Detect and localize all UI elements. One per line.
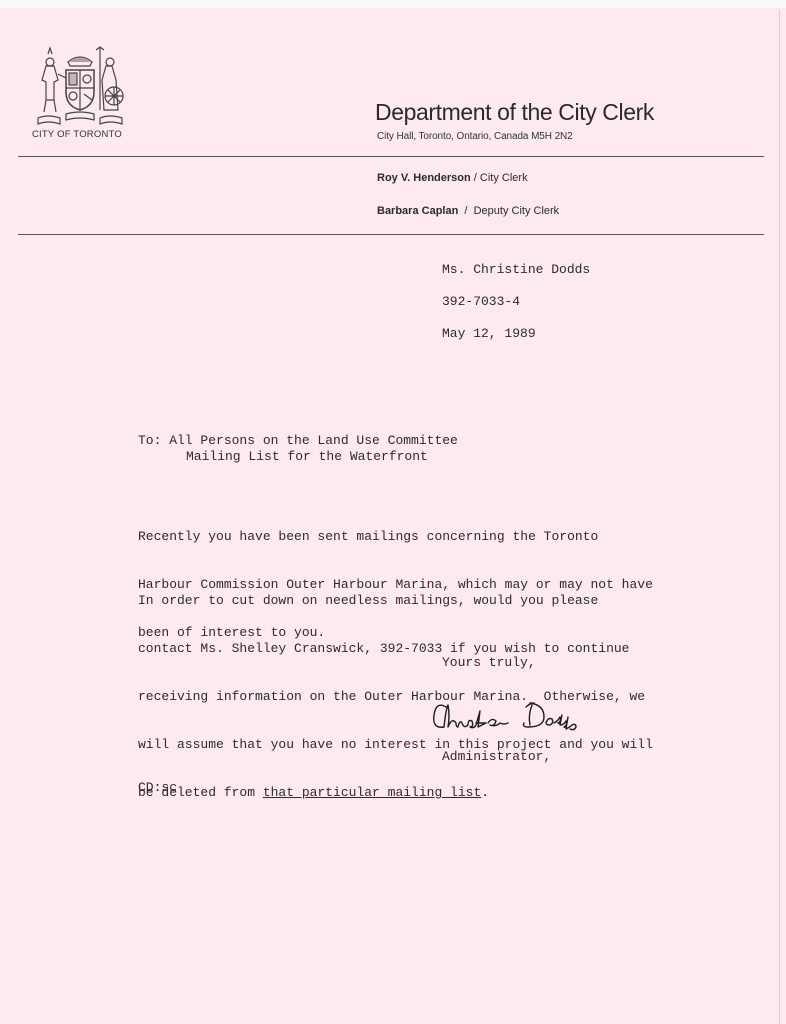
- body-text: .: [481, 785, 489, 800]
- officer-title: Deputy City Clerk: [474, 205, 560, 217]
- body-line: will assume that you have no interest in…: [138, 737, 653, 753]
- header-divider: [18, 234, 764, 235]
- body-line: In order to cut down on needless mailing…: [138, 593, 653, 609]
- recipient-line: To: All Persons on the Land Use Committe…: [138, 433, 458, 449]
- scan-top-margin: [0, 0, 786, 8]
- header-divider: [18, 156, 764, 157]
- officer-separator: /: [471, 172, 480, 184]
- officer-name: Barbara Caplan: [377, 205, 458, 217]
- scan-page-edge: [779, 10, 780, 1024]
- coat-of-arms-icon: [34, 44, 126, 130]
- officer-separator: /: [458, 205, 473, 217]
- sender-name: Ms. Christine Dodds: [442, 262, 590, 278]
- department-title: Department of the City Clerk: [375, 99, 654, 126]
- closing-salutation: Yours truly,: [442, 655, 536, 671]
- officer-title: City Clerk: [480, 172, 528, 184]
- officer-deputy-clerk: Barbara Caplan / Deputy City Clerk: [377, 205, 559, 217]
- officer-city-clerk: Roy V. Henderson / City Clerk: [377, 172, 528, 184]
- body-paragraph-2: In order to cut down on needless mailing…: [138, 561, 653, 817]
- body-line: be deleted from that particular mailing …: [138, 785, 653, 801]
- letter-date: May 12, 1989: [442, 326, 536, 342]
- body-line: contact Ms. Shelley Cranswick, 392-7033 …: [138, 641, 653, 657]
- reference-initials: CD:sc: [138, 780, 177, 796]
- officer-name: Roy V. Henderson: [377, 172, 471, 184]
- city-name: CITY OF TORONTO: [32, 129, 122, 140]
- body-line: Recently you have been sent mailings con…: [138, 529, 653, 545]
- signer-title: Administrator,: [442, 749, 551, 765]
- underlined-text: that particular mailing list: [263, 785, 481, 800]
- recipient-line: Mailing List for the Waterfront: [186, 449, 428, 465]
- department-address: City Hall, Toronto, Ontario, Canada M5H …: [377, 131, 573, 142]
- sender-phone: 392-7033-4: [442, 294, 520, 310]
- signature-icon: [430, 697, 610, 737]
